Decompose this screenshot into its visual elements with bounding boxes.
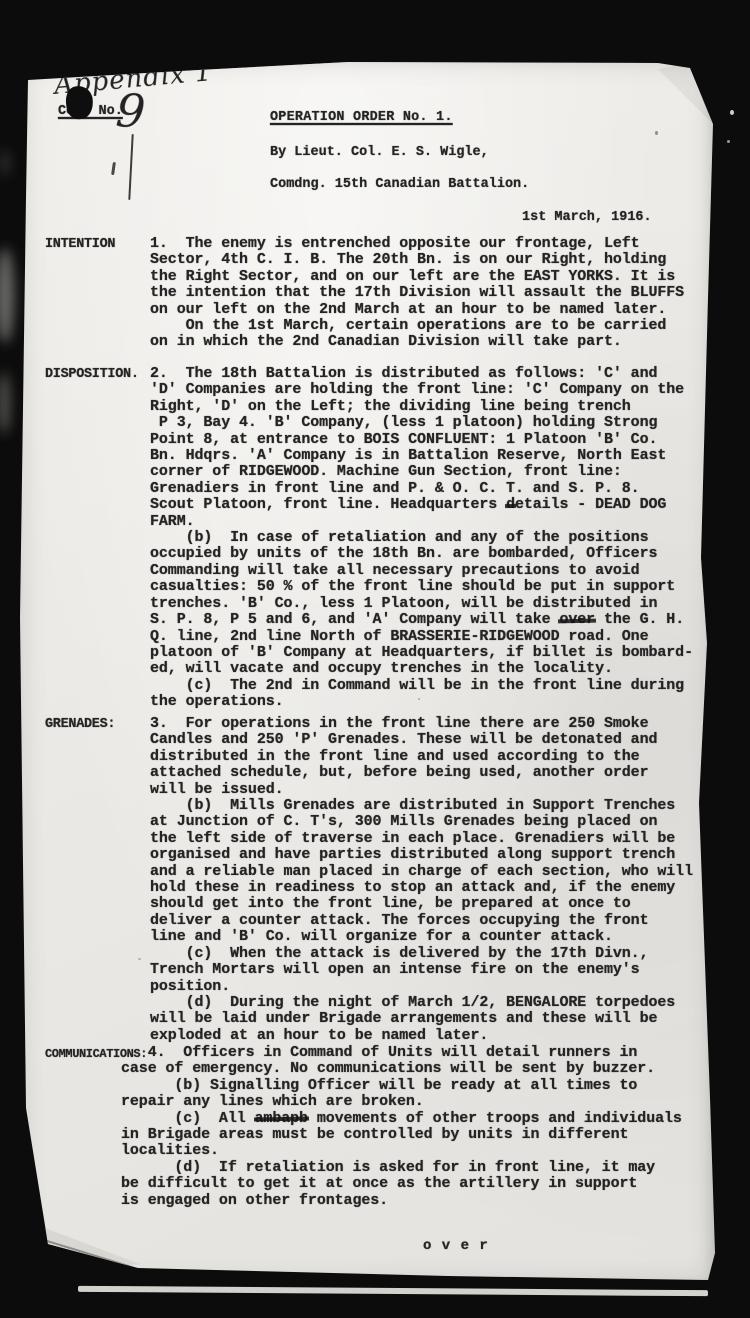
section-text: 2. The 18th Battalion is distributed as … — [150, 366, 693, 711]
speck — [578, 1178, 580, 1180]
document-page: Appendix 1 9 Copy No. OPERATION ORDER No… — [18, 58, 716, 1286]
corner-fold-shade — [658, 63, 714, 125]
corner-flap-line — [34, 1236, 134, 1268]
scanner-edge-smudge — [2, 150, 8, 176]
document-unit: Comdng. 15th Canadian Battalion. — [270, 177, 529, 192]
next-page-sliver — [78, 1286, 708, 1296]
document-byline: By Lieut. Col. E. S. Wigle, — [270, 145, 489, 160]
speck — [655, 131, 658, 135]
section-label: DISPOSITION. — [45, 367, 139, 382]
speck — [730, 110, 734, 115]
corner-flap — [32, 1228, 140, 1272]
struck-out-word: ambapb — [255, 1110, 308, 1127]
pen-stroke — [128, 134, 133, 200]
section-text: 3. For operations in the front line ther… — [150, 716, 693, 1044]
pen-mark — [111, 162, 115, 175]
speck — [727, 140, 730, 143]
struck-out-word: over — [559, 611, 595, 628]
document-title: OPERATION ORDER No. 1. — [270, 110, 453, 125]
section-text: 4. Officers in Command of Units will det… — [121, 1045, 682, 1209]
section-label: INTENTION — [45, 237, 115, 252]
speck — [138, 958, 141, 960]
document-date: 1st March, 1916. — [522, 210, 652, 225]
over-footer: o v e r — [423, 1238, 489, 1254]
section-text: 1. The enemy is entrenched opposite our … — [150, 236, 684, 351]
speck — [418, 698, 420, 700]
struck-out-word: d — [506, 496, 515, 513]
scanner-edge-smudge — [0, 248, 14, 343]
section-label: GRENADES: — [45, 717, 115, 732]
scanned-document: Appendix 1 9 Copy No. OPERATION ORDER No… — [0, 0, 750, 1318]
scanner-edge-smudge — [0, 372, 10, 434]
